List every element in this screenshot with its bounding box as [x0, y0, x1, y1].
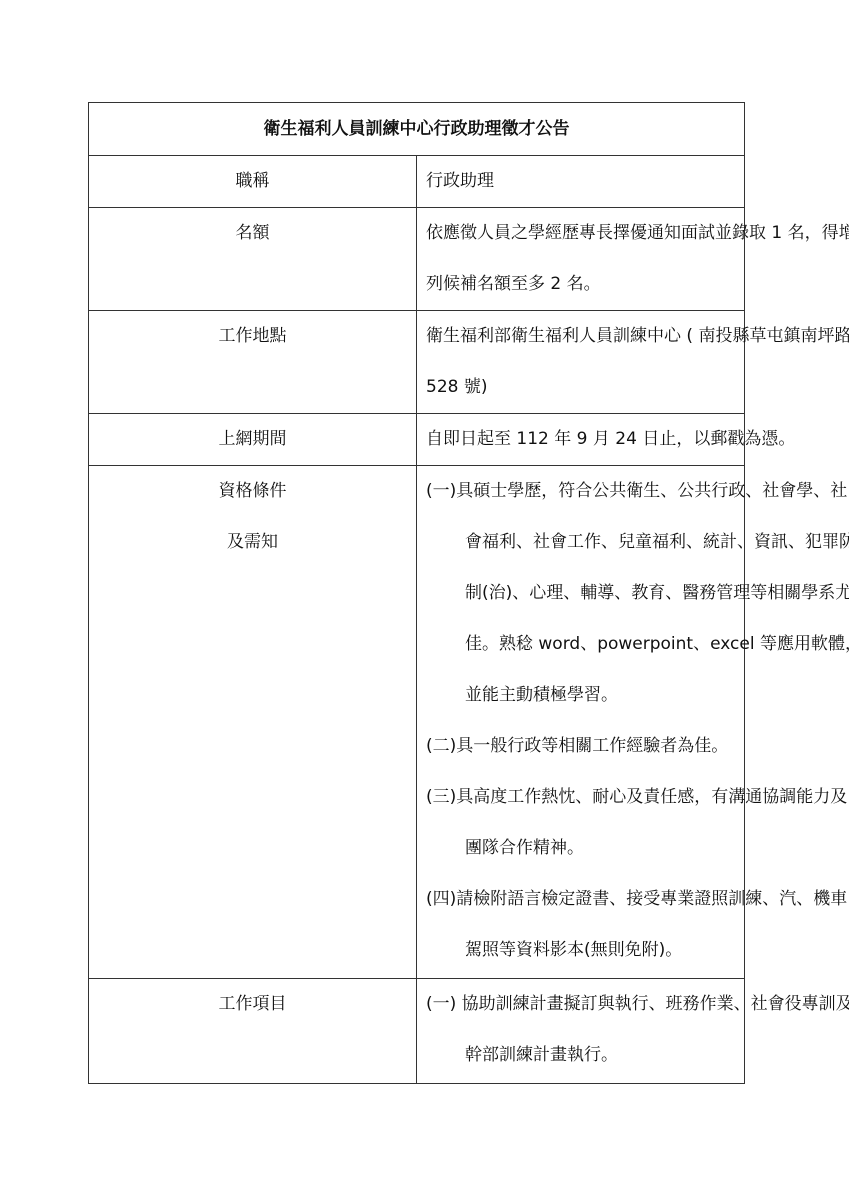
row-content: (一) 協助訓練計畫擬訂與執行、班務作業、社會役專訓及幹部訓練計畫執行。 — [417, 979, 745, 1084]
content-line: 528 號) — [426, 362, 738, 413]
row-label-line: 名額 — [89, 208, 416, 259]
job-announcement-table: 衛生福利人員訓練中心行政助理徵才公告 職稱行政助理名額依應徵人員之學經歷專長擇優… — [88, 102, 745, 1084]
content-line: (一)具碩士學歷，符合公共衛生、公共行政、社會學、社 — [426, 466, 738, 517]
content-line: 自即日起至 112 年 9 月 24 日止，以郵戳為憑。 — [426, 414, 738, 465]
row-label-line: 工作項目 — [89, 979, 416, 1030]
row-label: 資格條件及需知 — [89, 466, 417, 979]
content-line: 幹部訓練計畫執行。 — [426, 1030, 738, 1081]
row-content: 自即日起至 112 年 9 月 24 日止，以郵戳為憑。 — [417, 414, 745, 466]
content-line: 會福利、社會工作、兒童福利、統計、資訊、犯罪防 — [426, 517, 738, 568]
announcement-title: 衛生福利人員訓練中心行政助理徵才公告 — [89, 103, 745, 156]
row-label: 職稱 — [89, 156, 417, 208]
content-line: (四)請檢附語言檢定證書、接受專業證照訓練、汽、機車 — [426, 874, 738, 925]
row-label: 上網期間 — [89, 414, 417, 466]
content-line: (二)具一般行政等相關工作經驗者為佳。 — [426, 721, 738, 772]
row-label-line: 工作地點 — [89, 311, 416, 362]
row-content: 行政助理 — [417, 156, 745, 208]
content-line: 衛生福利部衛生福利人員訓練中心 ( 南投縣草屯鎮南坪路 — [426, 311, 738, 362]
content-line: 制(治)、心理、輔導、教育、醫務管理等相關學系尤 — [426, 568, 738, 619]
row-label: 工作項目 — [89, 979, 417, 1084]
content-line: 列候補名額至多 2 名。 — [426, 259, 738, 310]
row-content: (一)具碩士學歷，符合公共衛生、公共行政、社會學、社會福利、社會工作、兒童福利、… — [417, 466, 745, 979]
table-row: 資格條件及需知(一)具碩士學歷，符合公共衛生、公共行政、社會學、社會福利、社會工… — [89, 466, 745, 979]
title-row: 衛生福利人員訓練中心行政助理徵才公告 — [89, 103, 745, 156]
content-line: (一) 協助訓練計畫擬訂與執行、班務作業、社會役專訓及 — [426, 979, 738, 1030]
content-line: 依應徵人員之學經歷專長擇優通知面試並錄取 1 名，得增 — [426, 208, 738, 259]
table-row: 工作項目(一) 協助訓練計畫擬訂與執行、班務作業、社會役專訓及幹部訓練計畫執行。 — [89, 979, 745, 1084]
table-row: 名額依應徵人員之學經歷專長擇優通知面試並錄取 1 名，得增列候補名額至多 2 名… — [89, 208, 745, 311]
row-label-line: 上網期間 — [89, 414, 416, 465]
row-label-line: 資格條件 — [89, 466, 416, 517]
table-row: 職稱行政助理 — [89, 156, 745, 208]
row-content: 依應徵人員之學經歷專長擇優通知面試並錄取 1 名，得增列候補名額至多 2 名。 — [417, 208, 745, 311]
table-row: 上網期間自即日起至 112 年 9 月 24 日止，以郵戳為憑。 — [89, 414, 745, 466]
content-line: (三)具高度工作熱忱、耐心及責任感，有溝通協調能力及 — [426, 772, 738, 823]
row-label: 名額 — [89, 208, 417, 311]
row-label: 工作地點 — [89, 311, 417, 414]
table-row: 工作地點衛生福利部衛生福利人員訓練中心 ( 南投縣草屯鎮南坪路528 號) — [89, 311, 745, 414]
content-line: 佳。熟稔 word、powerpoint、excel 等應用軟體， — [426, 619, 738, 670]
content-line: 行政助理 — [426, 156, 738, 207]
row-content: 衛生福利部衛生福利人員訓練中心 ( 南投縣草屯鎮南坪路528 號) — [417, 311, 745, 414]
content-line: 團隊合作精神。 — [426, 823, 738, 874]
content-line: 並能主動積極學習。 — [426, 670, 738, 721]
content-line: 駕照等資料影本(無則免附)。 — [426, 925, 738, 976]
row-label-line: 職稱 — [89, 156, 416, 207]
row-label-line: 及需知 — [89, 517, 416, 568]
